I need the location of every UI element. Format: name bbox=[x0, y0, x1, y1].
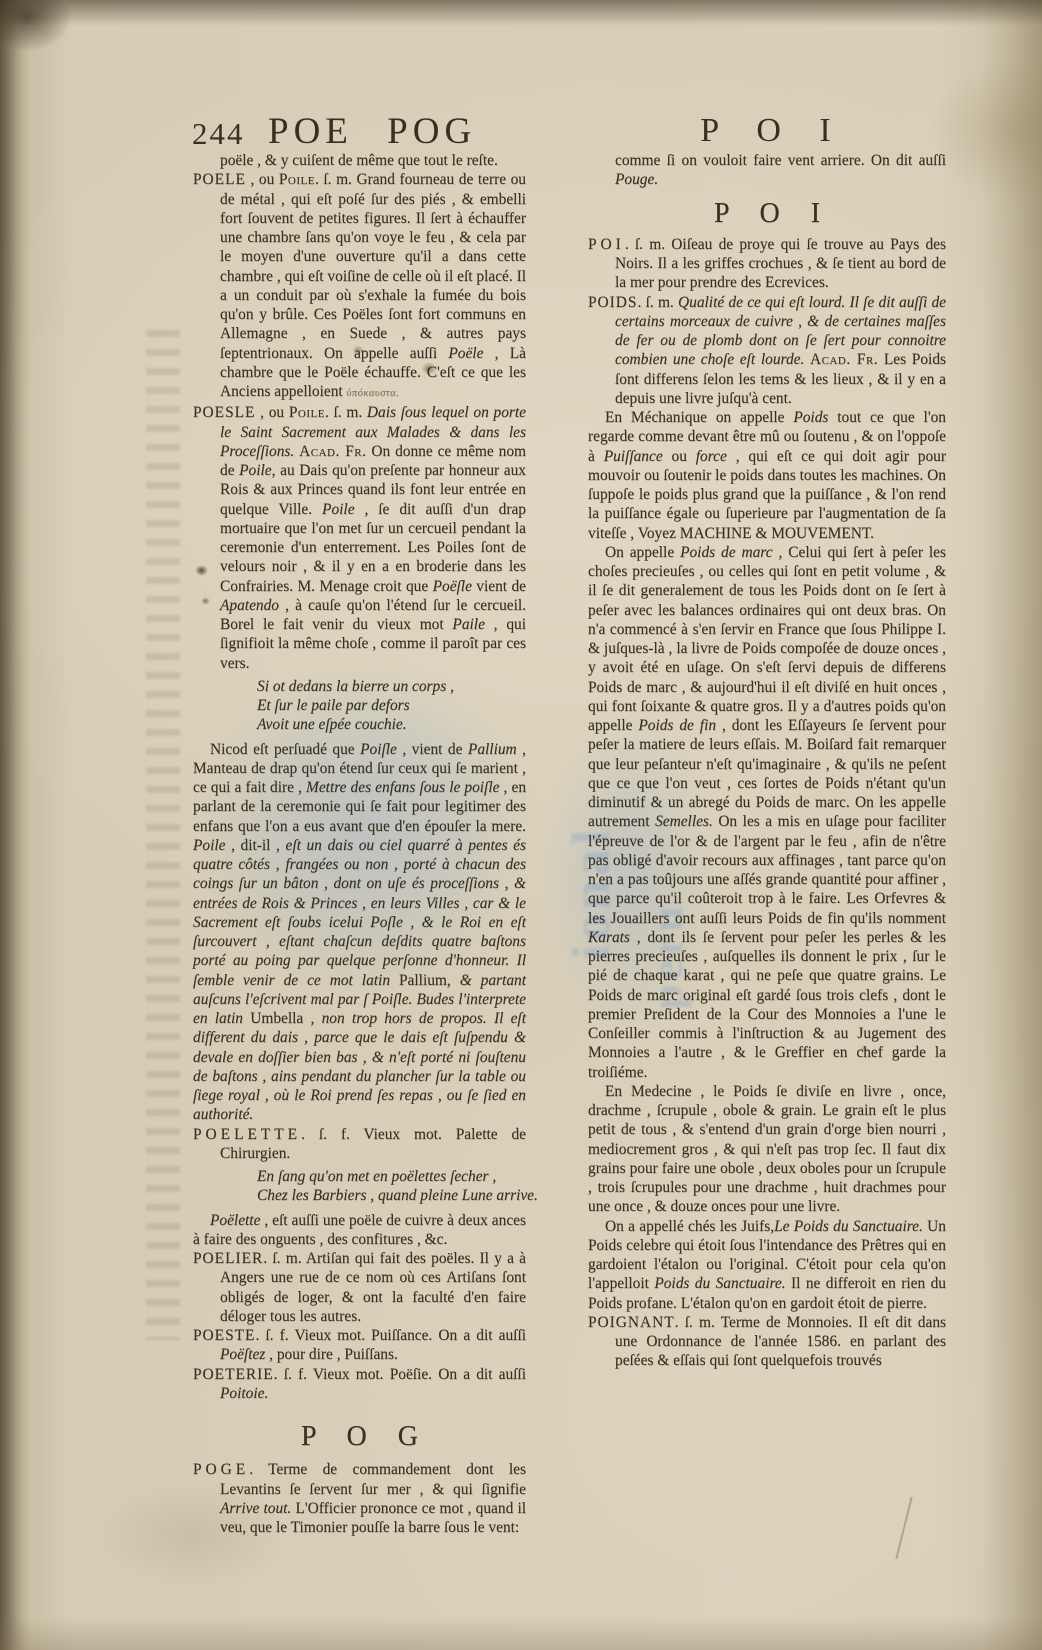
text-run: . ſ. f. Vieux mot. Poëſie. On a dit auſſ… bbox=[274, 1366, 526, 1383]
text-run: poële , & y cuiſent de même que tout le … bbox=[220, 152, 498, 169]
verse-line: Chez les Barbiers , quand pleine Lune ar… bbox=[257, 1186, 526, 1205]
italic-run: Poëſtez bbox=[220, 1346, 265, 1363]
page-number: 244 bbox=[192, 116, 245, 152]
italic-run: Pallium bbox=[468, 741, 517, 758]
italic-run: Paile bbox=[452, 616, 484, 633]
italic-run: Poëſle bbox=[433, 578, 472, 595]
verse-line: En ſang qu'on met en poëlettes ſecher , bbox=[257, 1167, 526, 1186]
text-run: , dit-il , bbox=[225, 837, 285, 854]
italic-run: Poiſle bbox=[360, 741, 397, 758]
entry-poi: POI. ſ. m. Oiſeau de proye qui ſe trouve… bbox=[588, 235, 946, 293]
gutter-shadow bbox=[0, 0, 30, 1650]
headword: POELIER bbox=[193, 1250, 263, 1267]
para-medecine: En Medecine , le Poids ſe diviſe en livr… bbox=[588, 1082, 946, 1217]
verse-paile: Si ot dedans la bierre un corps ,Et ſur … bbox=[257, 677, 526, 735]
italic-run: Poids bbox=[793, 409, 828, 426]
paper-stain bbox=[930, 60, 1042, 200]
continuation-poele: poële , & y cuiſent de même que tout le … bbox=[193, 151, 526, 170]
greek-term: ὑπόκαυστα. bbox=[347, 388, 400, 399]
para-nicod: Nicod eſt perſuadé que Poiſle , vient de… bbox=[193, 740, 526, 1125]
italic-run: Mettre des enfans ſous le poiſle bbox=[306, 779, 499, 796]
headword: POIDS bbox=[588, 294, 637, 311]
text-run: , pour dire , Puiſſans. bbox=[265, 1346, 398, 1363]
para-juifs: On a appellé chés les Juifs,Le Poids du … bbox=[588, 1217, 946, 1313]
text-run: On a appellé chés les Juifs, bbox=[605, 1218, 774, 1235]
italic-run: force bbox=[696, 448, 727, 465]
text-run: On appelle bbox=[605, 544, 680, 561]
entry-poelier: POELIER. ſ. m. Artiſan qui fait des poël… bbox=[193, 1249, 526, 1326]
text-run: . Terme de commandement dont les Levanti… bbox=[220, 1461, 526, 1497]
verse-line: Et ſur le paile par defors bbox=[257, 696, 526, 715]
headword: POIGNANT bbox=[588, 1314, 675, 1331]
corner-shadow bbox=[0, 0, 72, 52]
entry-poeste: POESTE. ſ. f. Vieux mot. Puiſſance. On a… bbox=[193, 1326, 526, 1365]
text-run: , ou bbox=[255, 404, 288, 421]
italic-run: Puiſſance bbox=[604, 448, 663, 465]
italic-run: Karats bbox=[588, 929, 630, 946]
para-mechanique: En Méchanique on appelle Poids tout ce q… bbox=[588, 408, 946, 543]
right-column: comme ſi on vouloit faire vent arriere. … bbox=[588, 151, 946, 1371]
italic-run: Poëlette bbox=[210, 1212, 260, 1229]
text-run: Umbella bbox=[250, 1010, 303, 1027]
text-run: En Méchanique on appelle bbox=[605, 409, 793, 426]
text-run: . ſ. m. Artiſan qui fait des poëles. Il … bbox=[220, 1250, 526, 1325]
italic-run: Poile bbox=[322, 501, 354, 518]
italic-run: Poids de fin bbox=[638, 717, 716, 734]
entry-poele: POELE , ou Poile. ſ. m. Grand fourneau d… bbox=[193, 170, 526, 403]
para-poelette: Poëlette , eſt auſſi une poële de cuivre… bbox=[193, 1211, 526, 1250]
running-title-left: POE POG bbox=[268, 110, 476, 153]
italic-run: Le Poids du Sanctuaire. bbox=[774, 1218, 923, 1235]
para-poids-de-marc: On appelle Poids de marc , Celui qui ſer… bbox=[588, 543, 946, 1082]
scanned-dictionary-page: ionalperu 244 POE POG P O I poële , & y … bbox=[0, 0, 1042, 1650]
text-run: . ſ. m. bbox=[325, 404, 367, 421]
verse-line: Si ot dedans la bierre un corps , bbox=[257, 677, 526, 696]
entry-poelette: POELETTE. ſ. f. Vieux mot. Palette de Ch… bbox=[193, 1125, 526, 1164]
verse-line: Avoit une eſpée couchie. bbox=[257, 715, 526, 734]
text-run: . ſ. m. Grand fourneau de terre ou de mé… bbox=[220, 171, 526, 361]
small-caps-run: Poile bbox=[289, 404, 325, 421]
text-run: vient de bbox=[472, 578, 526, 595]
entry-poids: POIDS. ſ. m. Qualité de ce qui eſt lourd… bbox=[588, 293, 946, 409]
page-edge-shadow bbox=[982, 0, 1042, 1650]
verse-poelettes: En ſang qu'on met en poëlettes ſecher ,C… bbox=[257, 1167, 526, 1206]
italic-run: Poitoie. bbox=[220, 1385, 268, 1402]
section-heading-pog: P O G bbox=[193, 1427, 526, 1446]
italic-run: Apatendo bbox=[220, 597, 279, 614]
italic-run: Poële bbox=[448, 345, 483, 362]
headword: POELETTE bbox=[193, 1126, 301, 1143]
entry-poesle: POESLE , ou Poile. ſ. m. Dais ſous leque… bbox=[193, 403, 526, 673]
left-column: poële , & y cuiſent de même que tout le … bbox=[193, 151, 526, 1537]
headword: POGE bbox=[193, 1461, 249, 1478]
small-caps-run: Acad. Fr. bbox=[299, 443, 366, 460]
text-run: . ſ. m. bbox=[637, 294, 678, 311]
headword: POELE bbox=[193, 171, 246, 188]
section-heading-poi: P O I bbox=[588, 204, 946, 223]
italic-run: Poids de marc bbox=[680, 544, 772, 561]
text-run: , ou bbox=[246, 171, 279, 188]
entry-poeterie: POETERIE. ſ. f. Vieux mot. Poëſie. On a … bbox=[193, 1365, 526, 1404]
text-run: . ſ. m. Oiſeau de proye qui ſe trouve au… bbox=[615, 236, 946, 292]
italic-run: Arrive tout. bbox=[220, 1500, 291, 1517]
text-run: Pallium, bbox=[399, 972, 451, 989]
italic-run: Pouge. bbox=[615, 171, 658, 188]
italic-run: Poile bbox=[193, 837, 225, 854]
entry-poge: POGE. Terme de commandement dont les Lev… bbox=[193, 1460, 526, 1537]
small-caps-run: Poile bbox=[279, 171, 315, 188]
italic-run: eſt un dais ou ciel quarré à pentes és q… bbox=[193, 837, 526, 989]
text-run: En Medecine , le Poids ſe diviſe en livr… bbox=[588, 1083, 946, 1216]
running-title-right: P O I bbox=[688, 112, 858, 150]
pen-mark bbox=[895, 1497, 912, 1560]
continuation-pouge: comme ſi on vouloit faire vent arriere. … bbox=[588, 151, 946, 190]
text-run: , vient de bbox=[397, 741, 468, 758]
text-run: comme ſi on vouloit faire vent arriere. … bbox=[615, 152, 946, 169]
italic-run: Poile bbox=[239, 462, 271, 479]
headword: POETERIE bbox=[193, 1366, 274, 1383]
text-run: Nicod eſt perſuadé que bbox=[210, 741, 360, 758]
text-run: ou bbox=[663, 448, 696, 465]
headword: POESLE bbox=[193, 404, 255, 421]
italic-run: Poids du Sanctuaire. bbox=[654, 1275, 785, 1292]
entry-poignant: POIGNANT. ſ. m. Terme de Monnoies. Il eſ… bbox=[588, 1313, 946, 1371]
text-run: , Celui qui ſert à peſer les choſes prec… bbox=[588, 544, 946, 734]
headword: POESTE bbox=[193, 1327, 255, 1344]
verso-text-showthrough bbox=[146, 330, 180, 1340]
italic-run: Semelles. bbox=[655, 813, 713, 830]
text-run: . ſ. f. Vieux mot. Puiſſance. On a dit a… bbox=[255, 1327, 526, 1344]
headword: POI bbox=[588, 236, 625, 253]
small-caps-run: Acad. Fr. bbox=[810, 351, 878, 368]
text-run: , dont ils ſe ſervent pour peſer les per… bbox=[588, 929, 946, 1081]
